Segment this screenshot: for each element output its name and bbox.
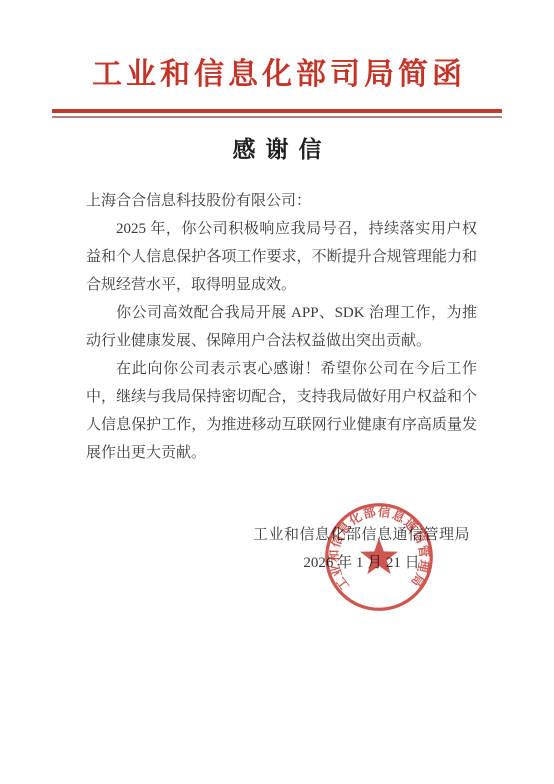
letter-page: 工业和信息化部司局简函 感谢信 上海合合信息科技股份有限公司： 2025 年，你… (0, 0, 554, 784)
letter-title: 感谢信 (0, 135, 554, 165)
letterhead-divider-thin (52, 116, 502, 118)
letterhead-divider-thick (52, 109, 502, 113)
letter-body: 上海合合信息科技股份有限公司： 2025 年，你公司积极响应我局号召，持续落实用… (86, 187, 477, 467)
official-seal-stamp: 工业和信息化部信息通信管理局 (322, 500, 436, 614)
paragraph: 在此向你公司表示衷心感谢！希望你公司在今后工作中，继续与我局保持密切配合，支持我… (86, 355, 477, 467)
seal-star-icon (360, 538, 398, 574)
paragraph: 2025 年，你公司积极响应我局号召，持续落实用户权益和个人信息保护各项工作要求… (86, 215, 477, 299)
salutation: 上海合合信息科技股份有限公司： (86, 187, 477, 215)
paragraph: 你公司高效配合我局开展 APP、SDK 治理工作，为推动行业健康发展、保障用户合… (86, 299, 477, 355)
letterhead-title: 工业和信息化部司局简函 (0, 54, 554, 96)
